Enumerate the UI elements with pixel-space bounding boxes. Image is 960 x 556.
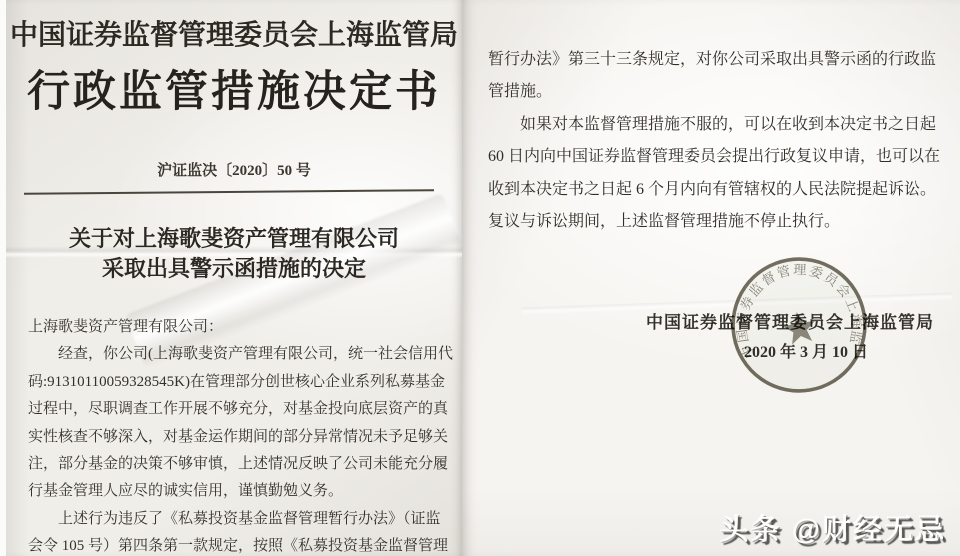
body-line: 注，部分基金的决策不够审慎，上述情况反映了公司未能充分履 bbox=[28, 451, 460, 478]
body-line: 60 日内向中国证券监督管理委员会提出行政复议申请，也可以在 bbox=[488, 141, 954, 173]
body-line: 收到本决定书之日起 6 个月内向有管辖权的人民法院提起诉讼。 bbox=[488, 174, 954, 206]
decision-subject-line1: 关于对上海歌斐资产管理有限公司 bbox=[6, 224, 462, 254]
right-page-body: 暂行办法》第三十三条规定，对你公司采取出具警示函的行政监 管措施。 如果对本监督… bbox=[488, 44, 954, 238]
body-line: 经查，你公司(上海歌斐资产管理有限公司，统一社会信用代 bbox=[28, 341, 460, 368]
left-page-body: 上海歌斐资产管理有限公司： 经查，你公司(上海歌斐资产管理有限公司，统一社会信用… bbox=[28, 314, 460, 556]
decision-subject-line2: 采取出具警示函措施的决定 bbox=[6, 254, 462, 284]
body-line: 暂行办法》第三十三条规定，对你公司采取出具警示函的行政监 bbox=[488, 44, 954, 76]
document-photo: 中国证券监督管理委员会上海监管局 行政监管措施决定书 沪证监决〔2020〕50 … bbox=[0, 0, 960, 556]
document-title: 行政监管措施决定书 bbox=[6, 58, 462, 119]
document-number: 沪证监决〔2020〕50 号 bbox=[6, 159, 462, 180]
decision-subject: 关于对上海歌斐资产管理有限公司 采取出具警示函措施的决定 bbox=[6, 224, 462, 284]
body-line: 管措施。 bbox=[488, 76, 954, 108]
body-line: 上述行为违反了《私募投资基金监督管理暂行办法》（证监 bbox=[28, 506, 460, 533]
body-line: 实性核查不够深入，对基金运作期间的部分异常情况未予足够关 bbox=[28, 424, 460, 451]
body-line: 会令 105 号）第四条第一款规定，按照《私募投资基金监督管理 bbox=[28, 533, 460, 556]
page-right: 暂行办法》第三十三条规定，对你公司采取出具警示函的行政监 管措施。 如果对本监督… bbox=[462, 0, 960, 556]
page-left: 中国证券监督管理委员会上海监管局 行政监管措施决定书 沪证监决〔2020〕50 … bbox=[6, 0, 462, 556]
header-divider bbox=[24, 189, 434, 195]
body-line: 如果对本监督管理措施不服的，可以在收到本决定书之日起 bbox=[488, 109, 954, 141]
body-line: 上海歌斐资产管理有限公司： bbox=[28, 314, 460, 341]
issuing-authority-header: 中国证券监督管理委员会上海监管局 bbox=[6, 13, 462, 53]
body-line: 过程中，尽职调查工作开展不够充分，对基金投向底层资产的真 bbox=[28, 396, 460, 423]
body-line: 行基金管理人应尽的诚实信用，谨慎勤勉义务。 bbox=[28, 478, 460, 505]
toutiao-watermark: 头条 @财经无忌 bbox=[720, 507, 946, 548]
body-line: 复议与诉讼期间，上述监督管理措施不停止执行。 bbox=[488, 206, 954, 238]
official-seal: 中国证券监督管理委员会上海监管局 bbox=[715, 242, 883, 407]
body-line: 码:91310110059328545K)在管理部分创世核心企业系列私募基金 bbox=[28, 369, 460, 396]
